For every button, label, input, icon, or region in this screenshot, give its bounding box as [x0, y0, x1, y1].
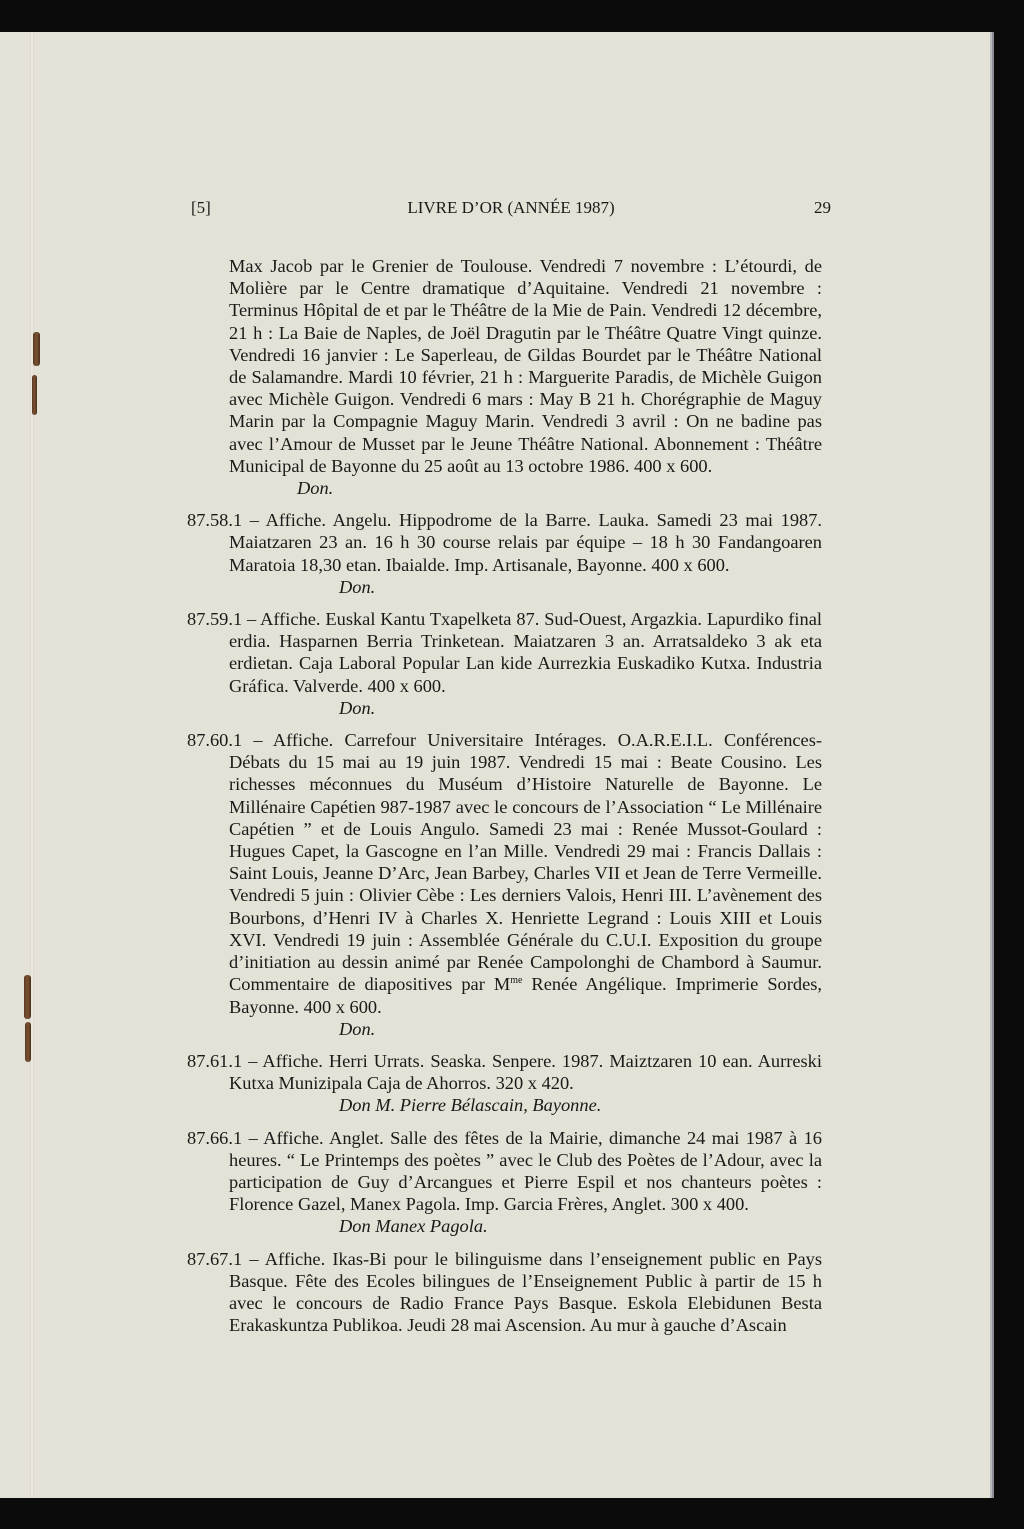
rust-staple-mark-lower-1 — [24, 975, 31, 1019]
page-number: 29 — [814, 198, 831, 218]
running-header: [5] LIVRE D’OR (ANNÉE 1987) 29 — [191, 198, 831, 220]
entry-number: 87.66.1 — [187, 1128, 242, 1148]
entry-number: 87.67.1 — [187, 1249, 242, 1269]
rust-staple-mark-lower-2 — [25, 1022, 31, 1062]
entry-text: – Affiche. Angelu. Hippodrome de la Barr… — [229, 510, 822, 574]
entry-donor: Don. — [229, 1018, 822, 1040]
catalog-entry-87-67-1: 87.67.1 – Affiche. Ikas-Bi pour le bilin… — [187, 1248, 822, 1337]
catalog-entry-87-66-1: 87.66.1 – Affiche. Anglet. Salle des fêt… — [187, 1127, 822, 1238]
continuation-paragraph: Max Jacob par le Grenier de Toulouse. Ve… — [187, 255, 822, 477]
book-page: [5] LIVRE D’OR (ANNÉE 1987) 29 Max Jacob… — [0, 32, 990, 1498]
entry-donor: Don Manex Pagola. — [229, 1215, 822, 1237]
catalog-entry-87-58-1: 87.58.1 – Affiche. Angelu. Hippodrome de… — [187, 509, 822, 598]
superscript-me: me — [510, 975, 522, 986]
rust-staple-mark-upper-1 — [33, 332, 40, 366]
entry-text: – Affiche. Carrefour Universitaire Intér… — [229, 730, 822, 994]
entry-donor: Don. — [229, 576, 822, 598]
entry-text: – Affiche. Anglet. Salle des fêtes de la… — [229, 1128, 822, 1215]
catalog-entry-87-59-1: 87.59.1 – Affiche. Euskal Kantu Txapelke… — [187, 608, 822, 719]
continuation-donor: Don. — [187, 477, 822, 499]
entry-text: – Affiche. Ikas-Bi pour le bilinguisme d… — [229, 1249, 822, 1336]
page-body: Max Jacob par le Grenier de Toulouse. Ve… — [187, 255, 822, 1336]
rust-staple-mark-upper-2 — [32, 375, 37, 415]
entry-donor: Don M. Pierre Bélascain, Bayonne. — [229, 1094, 822, 1116]
running-title: LIVRE D’OR (ANNÉE 1987) — [191, 198, 831, 218]
page-gutter-fold — [30, 32, 34, 1498]
entry-number: 87.58.1 — [187, 510, 242, 530]
entry-donor: Don. — [229, 697, 822, 719]
entry-number: 87.59.1 — [187, 609, 242, 629]
catalog-entry-87-61-1: 87.61.1 – Affiche. Herri Urrats. Seaska.… — [187, 1050, 822, 1117]
catalog-entry-87-60-1: 87.60.1 – Affiche. Carrefour Universitai… — [187, 729, 822, 1040]
entry-text: – Affiche. Herri Urrats. Seaska. Senpere… — [229, 1051, 822, 1093]
entry-text: – Affiche. Euskal Kantu Txapelketa 87. S… — [229, 609, 822, 696]
entry-number: 87.60.1 — [187, 730, 242, 750]
entry-number: 87.61.1 — [187, 1051, 242, 1071]
